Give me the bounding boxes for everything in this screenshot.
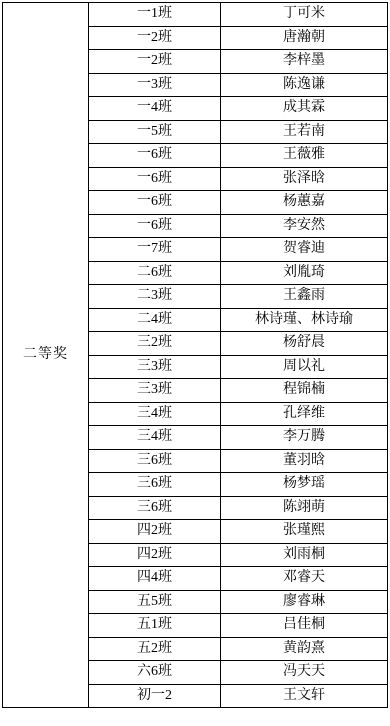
name-cell: 吕佳桐 <box>221 614 388 638</box>
name-cell: 李梓墨 <box>221 50 388 74</box>
class-cell: 一6班 <box>89 214 221 238</box>
name-cell: 陈翊萌 <box>221 496 388 520</box>
name-cell: 王若南 <box>221 120 388 144</box>
class-cell: 四2班 <box>89 543 221 567</box>
name-cell: 杨梦瑶 <box>221 473 388 497</box>
class-cell: 五5班 <box>89 590 221 614</box>
name-cell: 张瑾熙 <box>221 520 388 544</box>
name-cell: 王文轩 <box>221 684 388 708</box>
class-cell: 一6班 <box>89 167 221 191</box>
class-cell: 一5班 <box>89 120 221 144</box>
name-cell: 李万腾 <box>221 426 388 450</box>
name-cell: 贺睿迪 <box>221 238 388 262</box>
name-cell: 成其霖 <box>221 97 388 121</box>
class-cell: 四2班 <box>89 520 221 544</box>
name-cell: 林诗瑾、林诗瑜 <box>221 308 388 332</box>
class-cell: 一3班 <box>89 73 221 97</box>
name-cell: 张泽晗 <box>221 167 388 191</box>
class-cell: 三6班 <box>89 496 221 520</box>
awards-table-body: 二等奖一1班丁可米一2班唐瀚朝一2班李梓墨一3班陈逸谦一4班成其霖一5班王若南一… <box>3 3 388 708</box>
name-cell: 程锦楠 <box>221 379 388 403</box>
name-cell: 邓睿天 <box>221 567 388 591</box>
class-cell: 三6班 <box>89 449 221 473</box>
class-cell: 六6班 <box>89 661 221 685</box>
name-cell: 陈逸谦 <box>221 73 388 97</box>
name-cell: 刘胤琦 <box>221 261 388 285</box>
name-cell: 李安然 <box>221 214 388 238</box>
document-page: 二等奖一1班丁可米一2班唐瀚朝一2班李梓墨一3班陈逸谦一4班成其霖一5班王若南一… <box>0 0 390 708</box>
class-cell: 三6班 <box>89 473 221 497</box>
class-cell: 四4班 <box>89 567 221 591</box>
name-cell: 董羽晗 <box>221 449 388 473</box>
class-cell: 二4班 <box>89 308 221 332</box>
class-cell: 一2班 <box>89 50 221 74</box>
class-cell: 初一2 <box>89 684 221 708</box>
class-cell: 三3班 <box>89 379 221 403</box>
name-cell: 丁可米 <box>221 3 388 27</box>
name-cell: 廖睿琳 <box>221 590 388 614</box>
class-cell: 一7班 <box>89 238 221 262</box>
class-cell: 五2班 <box>89 637 221 661</box>
class-cell: 一6班 <box>89 144 221 168</box>
name-cell: 杨蕙嘉 <box>221 191 388 215</box>
name-cell: 王鑫雨 <box>221 285 388 309</box>
name-cell: 冯天天 <box>221 661 388 685</box>
name-cell: 杨舒晨 <box>221 332 388 356</box>
class-cell: 一4班 <box>89 97 221 121</box>
name-cell: 刘雨桐 <box>221 543 388 567</box>
class-cell: 一2班 <box>89 26 221 50</box>
prize-cell: 二等奖 <box>3 3 89 708</box>
class-cell: 三2班 <box>89 332 221 356</box>
class-cell: 二6班 <box>89 261 221 285</box>
class-cell: 三3班 <box>89 355 221 379</box>
awards-table: 二等奖一1班丁可米一2班唐瀚朝一2班李梓墨一3班陈逸谦一4班成其霖一5班王若南一… <box>2 2 388 708</box>
class-cell: 五1班 <box>89 614 221 638</box>
class-cell: 一1班 <box>89 3 221 27</box>
name-cell: 王薇雅 <box>221 144 388 168</box>
name-cell: 唐瀚朝 <box>221 26 388 50</box>
name-cell: 黄韵熹 <box>221 637 388 661</box>
class-cell: 三4班 <box>89 426 221 450</box>
name-cell: 周以礼 <box>221 355 388 379</box>
class-cell: 一6班 <box>89 191 221 215</box>
class-cell: 三4班 <box>89 402 221 426</box>
class-cell: 二3班 <box>89 285 221 309</box>
name-cell: 孔绎维 <box>221 402 388 426</box>
table-row: 二等奖一1班丁可米 <box>3 3 388 27</box>
